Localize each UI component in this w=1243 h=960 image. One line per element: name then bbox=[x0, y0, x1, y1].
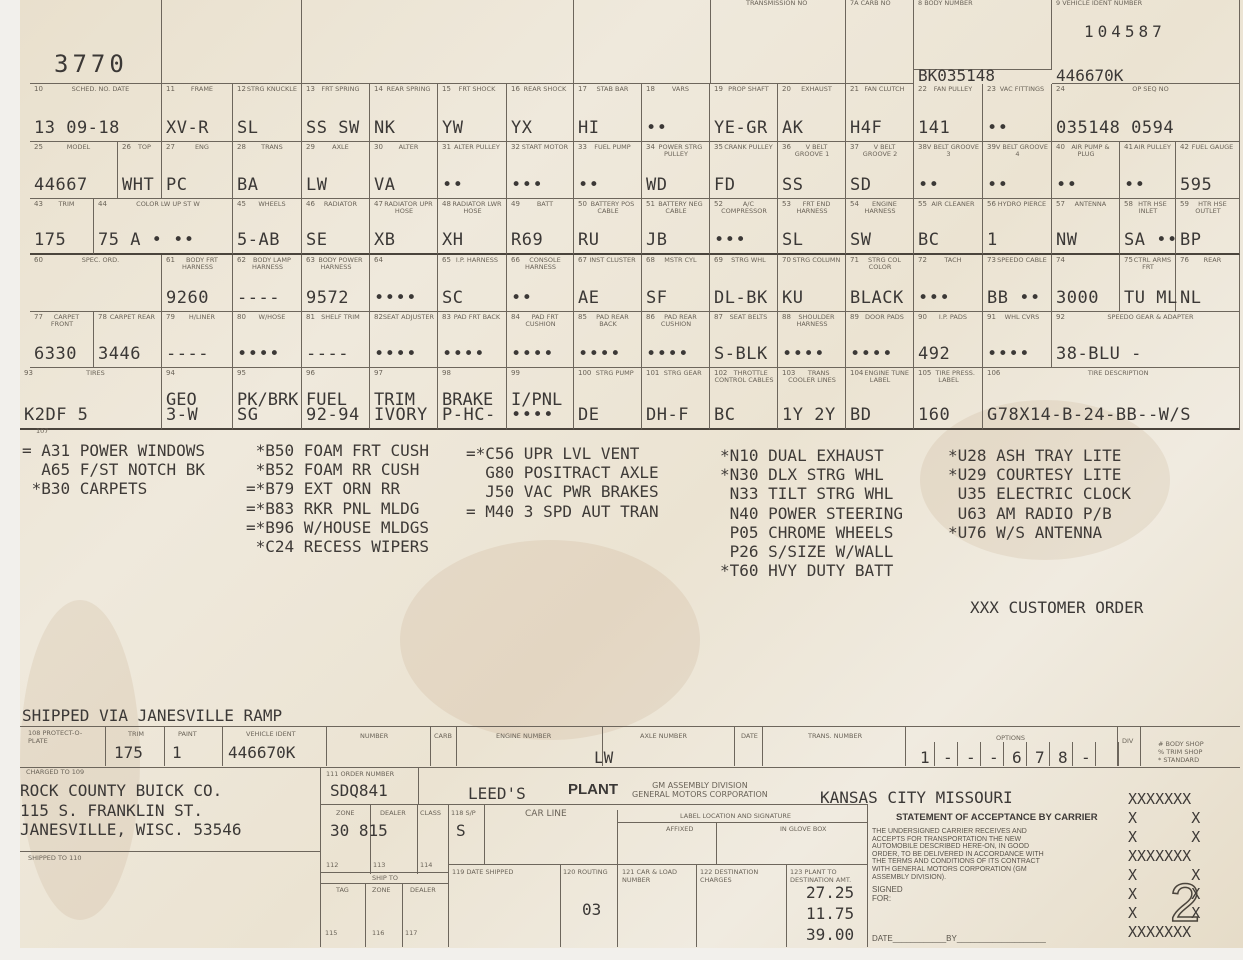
field-74: 743000 bbox=[1052, 255, 1120, 312]
field-45: 45Wheels5-AB bbox=[233, 199, 302, 255]
field-29: 29AxleLW bbox=[302, 142, 370, 199]
options-col-1: = A31 POWER WINDOWS A65 F/ST NOTCH BK *B… bbox=[22, 441, 205, 499]
field-105: 105Tire Press. Label160 bbox=[914, 368, 983, 430]
field-value: H4F bbox=[850, 118, 882, 138]
field-label: 24OP SEQ NO bbox=[1056, 86, 1236, 93]
field-label: 105Tire Press. Label bbox=[918, 370, 979, 384]
field-52: 52A/C Compressor••• bbox=[710, 199, 778, 255]
field-label: 74 bbox=[1056, 257, 1116, 264]
field-35: 35Crank PulleyFD bbox=[710, 142, 778, 199]
digit-divider bbox=[1095, 742, 1096, 766]
field-11: 11FrameXV-R bbox=[162, 84, 233, 142]
header-box-6 bbox=[914, 0, 1052, 70]
field-89: 89Door Pads•••• bbox=[846, 312, 914, 368]
date-label-text: DATE bbox=[872, 934, 893, 943]
field-label: 83Pad Frt Back bbox=[442, 314, 503, 321]
option-digit: - bbox=[966, 748, 976, 767]
field-73: 73Speedo CableBB •• bbox=[983, 255, 1052, 312]
field-value: YW bbox=[442, 118, 463, 138]
option-digit: 6 bbox=[1012, 748, 1022, 767]
field-97: 97TRIMIVORY bbox=[370, 368, 438, 430]
option-code: P26 S/SIZE W/WALL bbox=[720, 542, 903, 561]
option-code: *T60 HVY DUTY BATT bbox=[720, 561, 903, 580]
field-number: 53 bbox=[782, 201, 791, 208]
field-label-text: Strg Knuckle bbox=[247, 85, 297, 93]
field-number: 13 bbox=[306, 86, 315, 93]
field-label: 28Trans bbox=[237, 144, 298, 151]
field-61: 61Body Frt Harness9260 bbox=[162, 255, 233, 312]
option-code: *B50 FOAM FRT CUSH bbox=[246, 441, 429, 460]
field-label: 62Body Lamp Harness bbox=[237, 257, 298, 271]
field-label-text: Antenna bbox=[1075, 200, 1107, 208]
field-label-text: Body Lamp Harness bbox=[252, 256, 291, 271]
field-19: 19Prop ShaftYE-GR bbox=[710, 84, 778, 142]
field-117: 117 bbox=[405, 929, 417, 937]
destination-charges-label: 122 DESTINATION CHARGES bbox=[700, 868, 780, 884]
field-label-text: Pad Rear Back bbox=[596, 313, 629, 328]
field-label: 22Fan Pulley bbox=[918, 86, 979, 93]
field-label-text: Start Motor bbox=[522, 143, 568, 151]
field-label: 102Throttle Control Cables bbox=[714, 370, 774, 384]
field-value: BC bbox=[714, 405, 735, 425]
option-digit: - bbox=[989, 748, 999, 767]
field-label-text: Engine Harness bbox=[864, 200, 896, 215]
field-label: 84Pad Frt Cushion bbox=[511, 314, 570, 328]
field-label-text: Hydro Pierce bbox=[998, 200, 1046, 208]
field-label-text: Speedo Gear & Adapter bbox=[1107, 313, 1193, 321]
field-value: BA bbox=[237, 175, 258, 195]
field-label-text: Rear Spring bbox=[386, 85, 430, 93]
option-code: *N30 DLX STRG WHL bbox=[720, 465, 903, 484]
field-32: 32Start Motor••• bbox=[507, 142, 574, 199]
field-value: BC bbox=[918, 230, 939, 250]
field-number: 96 bbox=[306, 370, 315, 377]
amount-plant-to-destination: 27.25 bbox=[806, 882, 854, 903]
shipped-to-label: SHIPPED TO 110 bbox=[28, 854, 88, 862]
field-50: 50Battery Pos CableRU bbox=[574, 199, 642, 255]
header-box-4 bbox=[711, 0, 846, 84]
field-98: 98BRAKEP-HC- bbox=[438, 368, 507, 430]
field-62: 62Body Lamp Harness---- bbox=[233, 255, 302, 312]
signed-for-label: SIGNED FOR: bbox=[872, 885, 912, 903]
field-number: 15 bbox=[442, 86, 451, 93]
body-number: BK035148 bbox=[918, 66, 995, 85]
field-number: 62 bbox=[237, 257, 246, 264]
field-label-text: Top bbox=[138, 143, 151, 151]
field-value: •••• bbox=[511, 344, 554, 364]
field-number: 46 bbox=[306, 201, 315, 208]
field-value: 3446 bbox=[98, 344, 141, 364]
field-value: 1 bbox=[987, 230, 998, 250]
field-label-text: Inst Cluster bbox=[589, 256, 635, 264]
field-label: 78Carpet Rear bbox=[98, 314, 158, 321]
field-101: 101Strg GearDH-F bbox=[642, 368, 710, 430]
field-label: 45Wheels bbox=[237, 201, 298, 208]
field-78: 78Carpet Rear3446 bbox=[94, 312, 162, 368]
field-71: 71Strg Col ColorBLACK bbox=[846, 255, 914, 312]
trim-label: TRIM bbox=[128, 730, 144, 738]
field-number: 64 bbox=[374, 257, 383, 264]
field-number: 16 bbox=[511, 86, 520, 93]
field-label: 51Battery Neg Cable bbox=[646, 201, 706, 215]
field-value: BB •• bbox=[987, 288, 1041, 308]
field-label-text: Shelf Trim bbox=[321, 313, 360, 321]
field-label: 17Stab Bar bbox=[578, 86, 638, 93]
field-number: 36 bbox=[782, 144, 791, 151]
field-number: 49 bbox=[511, 201, 520, 208]
field-81: 81Shelf Trim---- bbox=[302, 312, 370, 368]
field-49: 49BattR69 bbox=[507, 199, 574, 255]
field-label-text: Seat Belts bbox=[730, 313, 768, 321]
field-value: KU bbox=[782, 288, 803, 308]
field-label-text: Alter Pulley bbox=[454, 143, 500, 151]
field-number: 40 bbox=[1056, 144, 1065, 151]
field-value: •••• bbox=[987, 344, 1030, 364]
field-value: XB bbox=[374, 230, 395, 250]
by-label-text: BY bbox=[946, 934, 957, 943]
field-26: 26TopWHT bbox=[118, 142, 162, 199]
dealer-city: JANESVILLE, WISC. 53546 bbox=[20, 820, 242, 839]
field-label: 81Shelf Trim bbox=[306, 314, 366, 321]
field-84: 84Pad Frt Cushion•••• bbox=[507, 312, 574, 368]
field-label: 75Ctrl Arms Frt bbox=[1124, 257, 1172, 271]
amount-total: 39.00 bbox=[806, 924, 854, 945]
field-value: •••• bbox=[782, 344, 825, 364]
field-24: 24OP SEQ NO035148 0594 bbox=[1052, 84, 1240, 142]
option-code: *U28 ASH TRAY LITE bbox=[948, 446, 1131, 465]
field-value: SE bbox=[306, 230, 327, 250]
field-value: VA bbox=[374, 175, 395, 195]
dealer2-label: DEALER bbox=[410, 886, 436, 894]
field-value: •• bbox=[1056, 175, 1077, 195]
digit-divider bbox=[1049, 742, 1050, 766]
field-number: 44 bbox=[98, 201, 107, 208]
field-number: 74 bbox=[1056, 257, 1065, 264]
field-label-text: Tach bbox=[944, 256, 961, 264]
copy-number: 2 bbox=[1170, 872, 1200, 934]
field-value: WHT bbox=[122, 175, 154, 195]
field-label: 11Frame bbox=[166, 86, 229, 93]
field-label: 64 bbox=[374, 257, 434, 264]
field-value: •••• bbox=[374, 344, 417, 364]
field-label: 66Console Harness bbox=[511, 257, 570, 271]
x-line: X X bbox=[1128, 828, 1200, 847]
field-label: 19Prop Shaft bbox=[714, 86, 774, 93]
field-66: 66Console Harness•• bbox=[507, 255, 574, 312]
options-col-3: =*C56 UPR LVL VENT G80 POSITRACT AXLE J5… bbox=[466, 444, 659, 521]
field-label-text: Rear Shock bbox=[524, 85, 567, 93]
field-label-text: Htr Hse Outlet bbox=[1195, 200, 1227, 215]
field-label: 100Strg Pump bbox=[578, 370, 638, 377]
field-label-text: Radiator bbox=[324, 200, 357, 208]
field-label: 31Alter Pulley bbox=[442, 144, 503, 151]
field-label: 33Fuel Pump bbox=[578, 144, 638, 151]
field-label: 34Power Strg Pulley bbox=[646, 144, 706, 158]
field-label-text: Pad Frt Back bbox=[454, 313, 500, 321]
field-number: 63 bbox=[306, 257, 315, 264]
field-number: 34 bbox=[646, 144, 655, 151]
field-value: DH-F bbox=[646, 405, 689, 425]
field-label-text: Battery Pos Cable bbox=[591, 200, 635, 215]
field-number: 95 bbox=[237, 370, 246, 377]
legend-standard: * STANDARD bbox=[1158, 756, 1204, 764]
field-label-text: Frt Shock bbox=[459, 85, 496, 93]
field-label: 89Door Pads bbox=[850, 314, 910, 321]
field-number: 58 bbox=[1124, 201, 1133, 208]
charged-to-label: CHARGED TO 109 bbox=[26, 768, 86, 776]
field-number: 45 bbox=[237, 201, 246, 208]
class-label: CLASS bbox=[420, 809, 441, 817]
field-label: 87Seat Belts bbox=[714, 314, 774, 321]
field-value: 3000 bbox=[1056, 288, 1099, 308]
field-value: WD bbox=[646, 175, 667, 195]
field-75: 75Ctrl Arms FrtTU ML bbox=[1120, 255, 1176, 312]
field-53: 53Frt End HarnessSL bbox=[778, 199, 846, 255]
field-88: 88Shoulder Harness•••• bbox=[778, 312, 846, 368]
option-code: =*C56 UPR LVL VENT bbox=[466, 444, 659, 463]
field-value: NW bbox=[1056, 230, 1077, 250]
field-number: 47 bbox=[374, 201, 383, 208]
field-label: 14Rear Spring bbox=[374, 86, 434, 93]
field-label-text: Strg Gear bbox=[664, 369, 702, 377]
field-value: FD bbox=[714, 175, 735, 195]
field-value: •• bbox=[646, 118, 667, 138]
field-number: 92 bbox=[1056, 314, 1065, 321]
field-value: ••• bbox=[714, 230, 746, 250]
field-label-text: Carpet Rear bbox=[110, 313, 155, 321]
header-box-5 bbox=[846, 0, 914, 84]
field-value: •••• bbox=[646, 344, 689, 364]
field-value: HI bbox=[578, 118, 599, 138]
field-79: 79H/Liner---- bbox=[162, 312, 233, 368]
order-number-label: 111 ORDER NUMBER bbox=[326, 770, 394, 778]
field-label: 99 bbox=[511, 370, 570, 377]
date-signature-label: DATE____________BY____________________ bbox=[872, 935, 1046, 943]
field-label-text: Axle bbox=[332, 143, 349, 151]
field-value: 141 bbox=[918, 118, 950, 138]
field-number: 65 bbox=[442, 257, 451, 264]
field-value: JB bbox=[646, 230, 667, 250]
field-label: 63Body Power Harness bbox=[306, 257, 366, 271]
option-code: N40 POWER STEERING bbox=[720, 504, 903, 523]
field-value: ---- bbox=[166, 344, 209, 364]
date-label: DATE bbox=[741, 732, 758, 740]
field-value: 92-94 bbox=[306, 405, 360, 425]
field-113: 113 bbox=[373, 861, 385, 869]
field-number: 71 bbox=[850, 257, 859, 264]
field-value: 9260 bbox=[166, 288, 209, 308]
field-label: 43Trim bbox=[34, 201, 90, 208]
statement-body: THE UNDERSIGNED CARRIER RECEIVES AND ACC… bbox=[872, 828, 1052, 881]
field-value: •• bbox=[918, 175, 939, 195]
shop-legend: # BODY SHOP % TRIM SHOP * STANDARD bbox=[1158, 740, 1204, 764]
option-code: *C24 RECESS WIPERS bbox=[246, 537, 429, 556]
field-64: 64•••• bbox=[370, 255, 438, 312]
field-label: 21Fan Clutch bbox=[850, 86, 910, 93]
field-value: 38-BLU - bbox=[1056, 344, 1142, 364]
trim-value: 175 bbox=[114, 743, 143, 762]
order-number: SDQ841 bbox=[330, 781, 388, 800]
field-label-text: Tire Description bbox=[1088, 369, 1149, 377]
field-48: 48Radiator Lwr HoseXH bbox=[438, 199, 507, 255]
field-114: 114 bbox=[420, 861, 432, 869]
field-number: 100 bbox=[578, 370, 591, 377]
field-label: 90I.P. Pads bbox=[918, 314, 979, 321]
field-label-text: Trim bbox=[58, 200, 74, 208]
field-label-text: Speedo Cable bbox=[997, 256, 1047, 264]
body-no-label: 8 BODY NUMBER bbox=[918, 0, 1048, 7]
option-digit: 1 bbox=[920, 748, 930, 767]
field-value: SL bbox=[237, 118, 258, 138]
field-label: 68Mstr Cyl bbox=[646, 257, 706, 264]
trans-number-label: TRANS. NUMBER bbox=[808, 732, 862, 740]
field-label: 92Speedo Gear & Adapter bbox=[1056, 314, 1236, 321]
field-label: 85Pad Rear Back bbox=[578, 314, 638, 328]
field-label-text: I.P. Pads bbox=[939, 313, 967, 321]
field-label-text: Body Frt Harness bbox=[182, 256, 218, 271]
vin-model-code: 446670K bbox=[1056, 66, 1123, 85]
gm-division: GM ASSEMBLY DIVISION GENERAL MOTORS CORP… bbox=[632, 781, 768, 799]
dealer-name: ROCK COUNTY BUICK CO. bbox=[20, 781, 222, 800]
field-21: 21Fan ClutchH4F bbox=[846, 84, 914, 142]
field-value: •••• bbox=[374, 288, 417, 308]
plant-label: PLANT bbox=[568, 781, 618, 798]
field-number: 81 bbox=[306, 314, 315, 321]
field-label: 30Alter bbox=[374, 144, 434, 151]
field-number: 27 bbox=[166, 144, 175, 151]
field-70: 70Strg ColumnKU bbox=[778, 255, 846, 312]
field-value: SF bbox=[646, 288, 667, 308]
field-label: 86Pad Rear Cushion bbox=[646, 314, 706, 328]
field-label: 46Radiator bbox=[306, 201, 366, 208]
dealer-label: DEALER bbox=[380, 809, 406, 817]
field-value: 5-AB bbox=[237, 230, 280, 250]
field-value: BLACK bbox=[850, 288, 904, 308]
header-box-3 bbox=[574, 0, 711, 84]
field-100: 100Strg PumpDE bbox=[574, 368, 642, 430]
field-label-text: Whl Cvrs bbox=[1005, 313, 1040, 321]
field-label-text: Pad Rear Cushion bbox=[661, 313, 697, 328]
field-value: SG bbox=[237, 405, 258, 425]
field-label: 37V Belt Groove 2 bbox=[850, 144, 910, 158]
field-54: 54Engine HarnessSW bbox=[846, 199, 914, 255]
field-number: 50 bbox=[578, 201, 587, 208]
field-label: 41Air Pulley bbox=[1124, 144, 1172, 151]
field-90: 90I.P. Pads492 bbox=[914, 312, 983, 368]
field-87: 87Seat BeltsS-BLK bbox=[710, 312, 778, 368]
field-label-text: Radiator Upr Hose bbox=[384, 200, 432, 215]
field-60: 60Spec. Ord. bbox=[30, 255, 162, 312]
field-label: 70Strg Column bbox=[782, 257, 842, 264]
field-value: R69 bbox=[511, 230, 543, 250]
field-99: 99I/PNL•••• bbox=[507, 368, 574, 430]
field-14: 14Rear SpringNK bbox=[370, 84, 438, 142]
field-number: 54 bbox=[850, 201, 859, 208]
option-code: *B52 FOAM RR CUSH bbox=[246, 460, 429, 479]
field-value: •••• bbox=[578, 344, 621, 364]
field-number: 93 bbox=[24, 370, 33, 377]
option-code: = A31 POWER WINDOWS bbox=[22, 441, 205, 460]
option-code: A65 F/ST NOTCH BK bbox=[22, 460, 205, 479]
field-number: 104 bbox=[850, 370, 863, 377]
field-value: •• bbox=[987, 118, 1008, 138]
field-label: 104Engine Tune Label bbox=[850, 370, 910, 384]
field-number: 14 bbox=[374, 86, 383, 93]
paint-value: 1 bbox=[172, 743, 182, 762]
label-location-label: LABEL LOCATION AND SIGNATURE bbox=[680, 812, 791, 820]
field-number: 38 bbox=[918, 144, 927, 151]
field-label-text: Stab Bar bbox=[596, 85, 628, 93]
field-25: 25Model44667 bbox=[30, 142, 118, 199]
zone2-label: ZONE bbox=[372, 886, 391, 894]
field-value: 9572 bbox=[306, 288, 349, 308]
field-label: 56Hydro Pierce bbox=[987, 201, 1048, 208]
field-number: 88 bbox=[782, 314, 791, 321]
field-number: 29 bbox=[306, 144, 315, 151]
field-value: XH bbox=[442, 230, 463, 250]
field-label: 96 bbox=[306, 370, 366, 377]
field-value: AK bbox=[782, 118, 803, 138]
field-label: 12Strg Knuckle bbox=[237, 86, 298, 93]
field-number: 76 bbox=[1180, 257, 1189, 264]
field-number: 101 bbox=[646, 370, 659, 377]
field-value: 13 09-18 bbox=[34, 118, 120, 138]
field-69: 69Strg WhlDL-BK bbox=[710, 255, 778, 312]
field-number: 12 bbox=[237, 86, 246, 93]
field-label-text: Strg Col Color bbox=[868, 256, 901, 271]
field-label-text: V Belt Groove 1 bbox=[795, 143, 829, 158]
field-86: 86Pad Rear Cushion•••• bbox=[642, 312, 710, 368]
shipped-via: SHIPPED VIA JANESVILLE RAMP bbox=[22, 706, 282, 725]
field-label-text: Prop Shaft bbox=[728, 85, 769, 93]
field-91: 91Whl Cvrs•••• bbox=[983, 312, 1052, 368]
field-label: 49Batt bbox=[511, 201, 570, 208]
digit-divider bbox=[934, 742, 935, 766]
field-label: 47Radiator Upr Hose bbox=[374, 201, 434, 215]
field-label: 57Antenna bbox=[1056, 201, 1116, 208]
field-value: K2DF 5 bbox=[24, 405, 88, 425]
field-number: 79 bbox=[166, 314, 175, 321]
field-label: 55Air Cleaner bbox=[918, 201, 979, 208]
option-code: P05 CHROME WHEELS bbox=[720, 523, 903, 542]
field-40: 40Air Pump & Plug•• bbox=[1052, 142, 1120, 199]
field-number: 60 bbox=[34, 257, 43, 264]
stain bbox=[400, 540, 700, 740]
field-label-text: A/C Compressor bbox=[721, 200, 767, 215]
field-label: 65I.P. Harness bbox=[442, 257, 503, 264]
field-106: 106Tire DescriptionG78X14-B-24-BB--W/S bbox=[983, 368, 1240, 430]
field-85: 85Pad Rear Back•••• bbox=[574, 312, 642, 368]
field-102: 102Throttle Control CablesBC bbox=[710, 368, 778, 430]
field-value: 035148 0594 bbox=[1056, 118, 1174, 138]
field-value: IVORY bbox=[374, 405, 428, 425]
field-label: 88Shoulder Harness bbox=[782, 314, 842, 328]
field-value: SS SW bbox=[306, 118, 360, 138]
field-112: 112 bbox=[326, 861, 338, 869]
field-label-text: Battery Neg Cable bbox=[658, 200, 702, 215]
option-code: U35 ELECTRIC CLOCK bbox=[948, 484, 1131, 503]
field-label: 54Engine Harness bbox=[850, 201, 910, 215]
field-label-text: Wheels bbox=[258, 200, 285, 208]
field-number: 51 bbox=[646, 201, 655, 208]
glove-box-label: IN GLOVE BOX bbox=[780, 825, 826, 833]
field-43: 43Trim175 bbox=[30, 199, 94, 255]
field-label-text: Trans bbox=[261, 143, 283, 151]
field-number: 55 bbox=[918, 201, 927, 208]
field-value: ---- bbox=[237, 288, 280, 308]
options-field-number: 107 bbox=[36, 427, 48, 435]
field-label: 32Start Motor bbox=[511, 144, 570, 151]
